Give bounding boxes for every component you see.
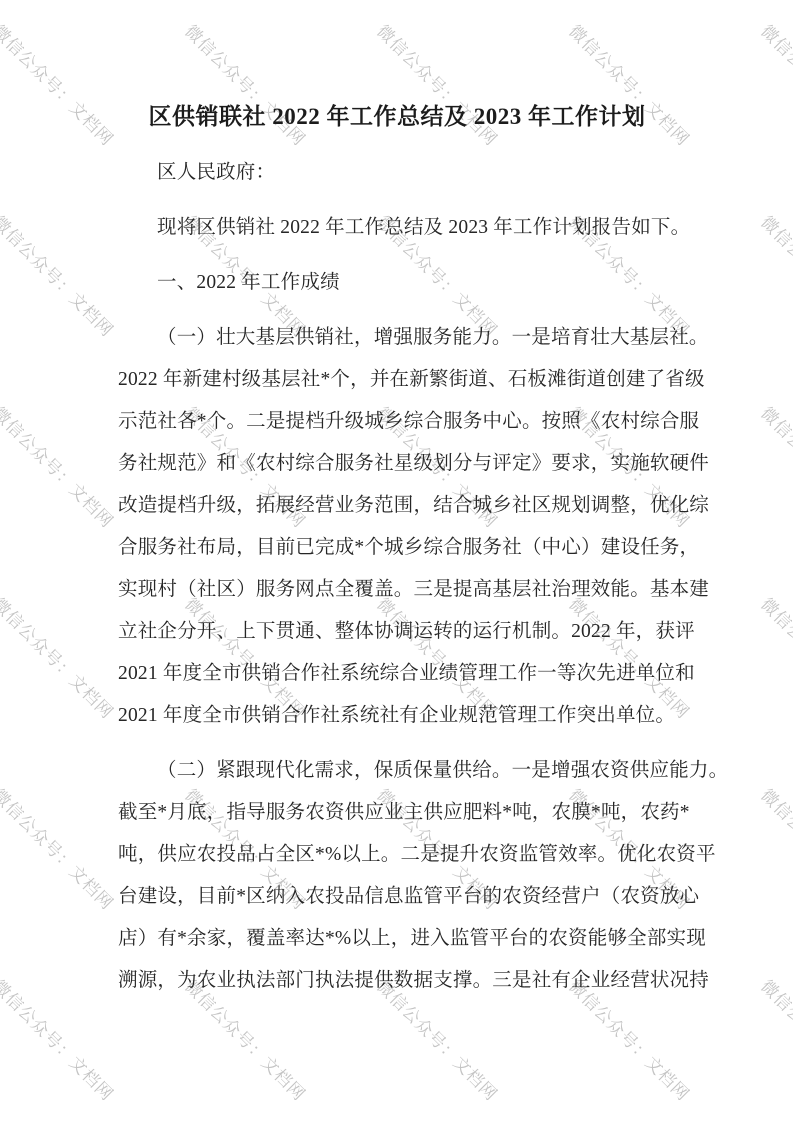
paragraph-section-1-heading: 一、2022 年工作成绩 <box>118 262 676 304</box>
body-line: （一）壮大基层供销社，增强服务能力。一是培育壮大基层社。 <box>118 317 676 359</box>
body-line: 2021 年度全市供销合作社系统社有企业规范管理工作突出单位。 <box>118 695 676 737</box>
body-line: 示范社各*个。二是提档升级城乡综合服务中心。按照《农村综合服 <box>118 401 676 443</box>
body-line: 2021 年度全市供销合作社系统综合业绩管理工作一等次先进单位和 <box>118 653 676 695</box>
document-body: 区人民政府：现将区供销社 2022 年工作总结及 2023 年工作计划报告如下。… <box>118 152 676 1002</box>
paragraph-salutation: 区人民政府： <box>118 152 676 194</box>
watermark-text: 微信公众号：文档网 <box>0 973 121 1105</box>
body-line: 截至*月底，指导服务农资供应业主供应肥料*吨，农膜*吨，农药* <box>118 792 676 834</box>
body-line: （二）紧跟现代化需求，保质保量供给。一是增强农资供应能力。 <box>118 750 676 792</box>
body-line: 务社规范》和《农村综合服务社星级划分与评定》要求，实施软硬件 <box>118 443 676 485</box>
body-line: 实现村（社区）服务网点全覆盖。三是提高基层社治理效能。基本建 <box>118 569 676 611</box>
body-line: 台建设，目前*区纳入农投品信息监管平台的农资经营户（农资放心 <box>118 876 676 918</box>
paragraph-section-1-item-1: （一）壮大基层供销社，增强服务能力。一是培育壮大基层社。2022 年新建村级基层… <box>118 317 676 737</box>
body-line: 溯源，为农业执法部门执法提供数据支撑。三是社有企业经营状况持 <box>118 960 676 1002</box>
watermark-text: 微信公众号：文档网 <box>0 782 121 914</box>
paragraph-intro: 现将区供销社 2022 年工作总结及 2023 年工作计划报告如下。 <box>118 207 676 249</box>
body-line: 区人民政府： <box>118 152 676 194</box>
body-line: 改造提档升级，拓展经营业务范围，结合城乡社区规划调整，优化综 <box>118 485 676 527</box>
watermark-text: 微信公众号：文档网 <box>756 209 793 341</box>
watermark-text: 微信公众号：文档网 <box>0 209 121 341</box>
body-line: 立社企分开、上下贯通、整体协调运转的运行机制。2022 年，获评 <box>118 611 676 653</box>
watermark-text: 微信公众号：文档网 <box>0 400 121 532</box>
body-line: 2022 年新建村级基层社*个，并在新繁街道、石板滩街道创建了省级 <box>118 359 676 401</box>
watermark-text: 微信公众号：文档网 <box>0 591 121 723</box>
document-page: 微信公众号：文档网微信公众号：文档网微信公众号：文档网微信公众号：文档网微信公众… <box>0 0 793 1122</box>
watermark-text: 微信公众号：文档网 <box>756 18 793 150</box>
paragraph-section-1-item-2: （二）紧跟现代化需求，保质保量供给。一是增强农资供应能力。截至*月底，指导服务农… <box>118 750 676 1002</box>
body-line: 现将区供销社 2022 年工作总结及 2023 年工作计划报告如下。 <box>118 207 676 249</box>
body-line: 店）有*余家，覆盖率达*%以上，进入监管平台的农资能够全部实现 <box>118 918 676 960</box>
body-line: 吨，供应农投品占全区*%以上。二是提升农资监管效率。优化农资平 <box>118 834 676 876</box>
body-line: 合服务社布局，目前已完成*个城乡综合服务社（中心）建设任务， <box>118 527 676 569</box>
body-line: 一、2022 年工作成绩 <box>118 262 676 304</box>
document-title: 区供销联社 2022 年工作总结及 2023 年工作计划 <box>118 96 676 138</box>
watermark-text: 微信公众号：文档网 <box>756 400 793 532</box>
document-content: 区供销联社 2022 年工作总结及 2023 年工作计划 区人民政府：现将区供销… <box>118 96 676 1002</box>
watermark-text: 微信公众号：文档网 <box>756 973 793 1105</box>
watermark-text: 微信公众号：文档网 <box>756 782 793 914</box>
watermark-text: 微信公众号：文档网 <box>0 18 121 150</box>
watermark-text: 微信公众号：文档网 <box>756 591 793 723</box>
